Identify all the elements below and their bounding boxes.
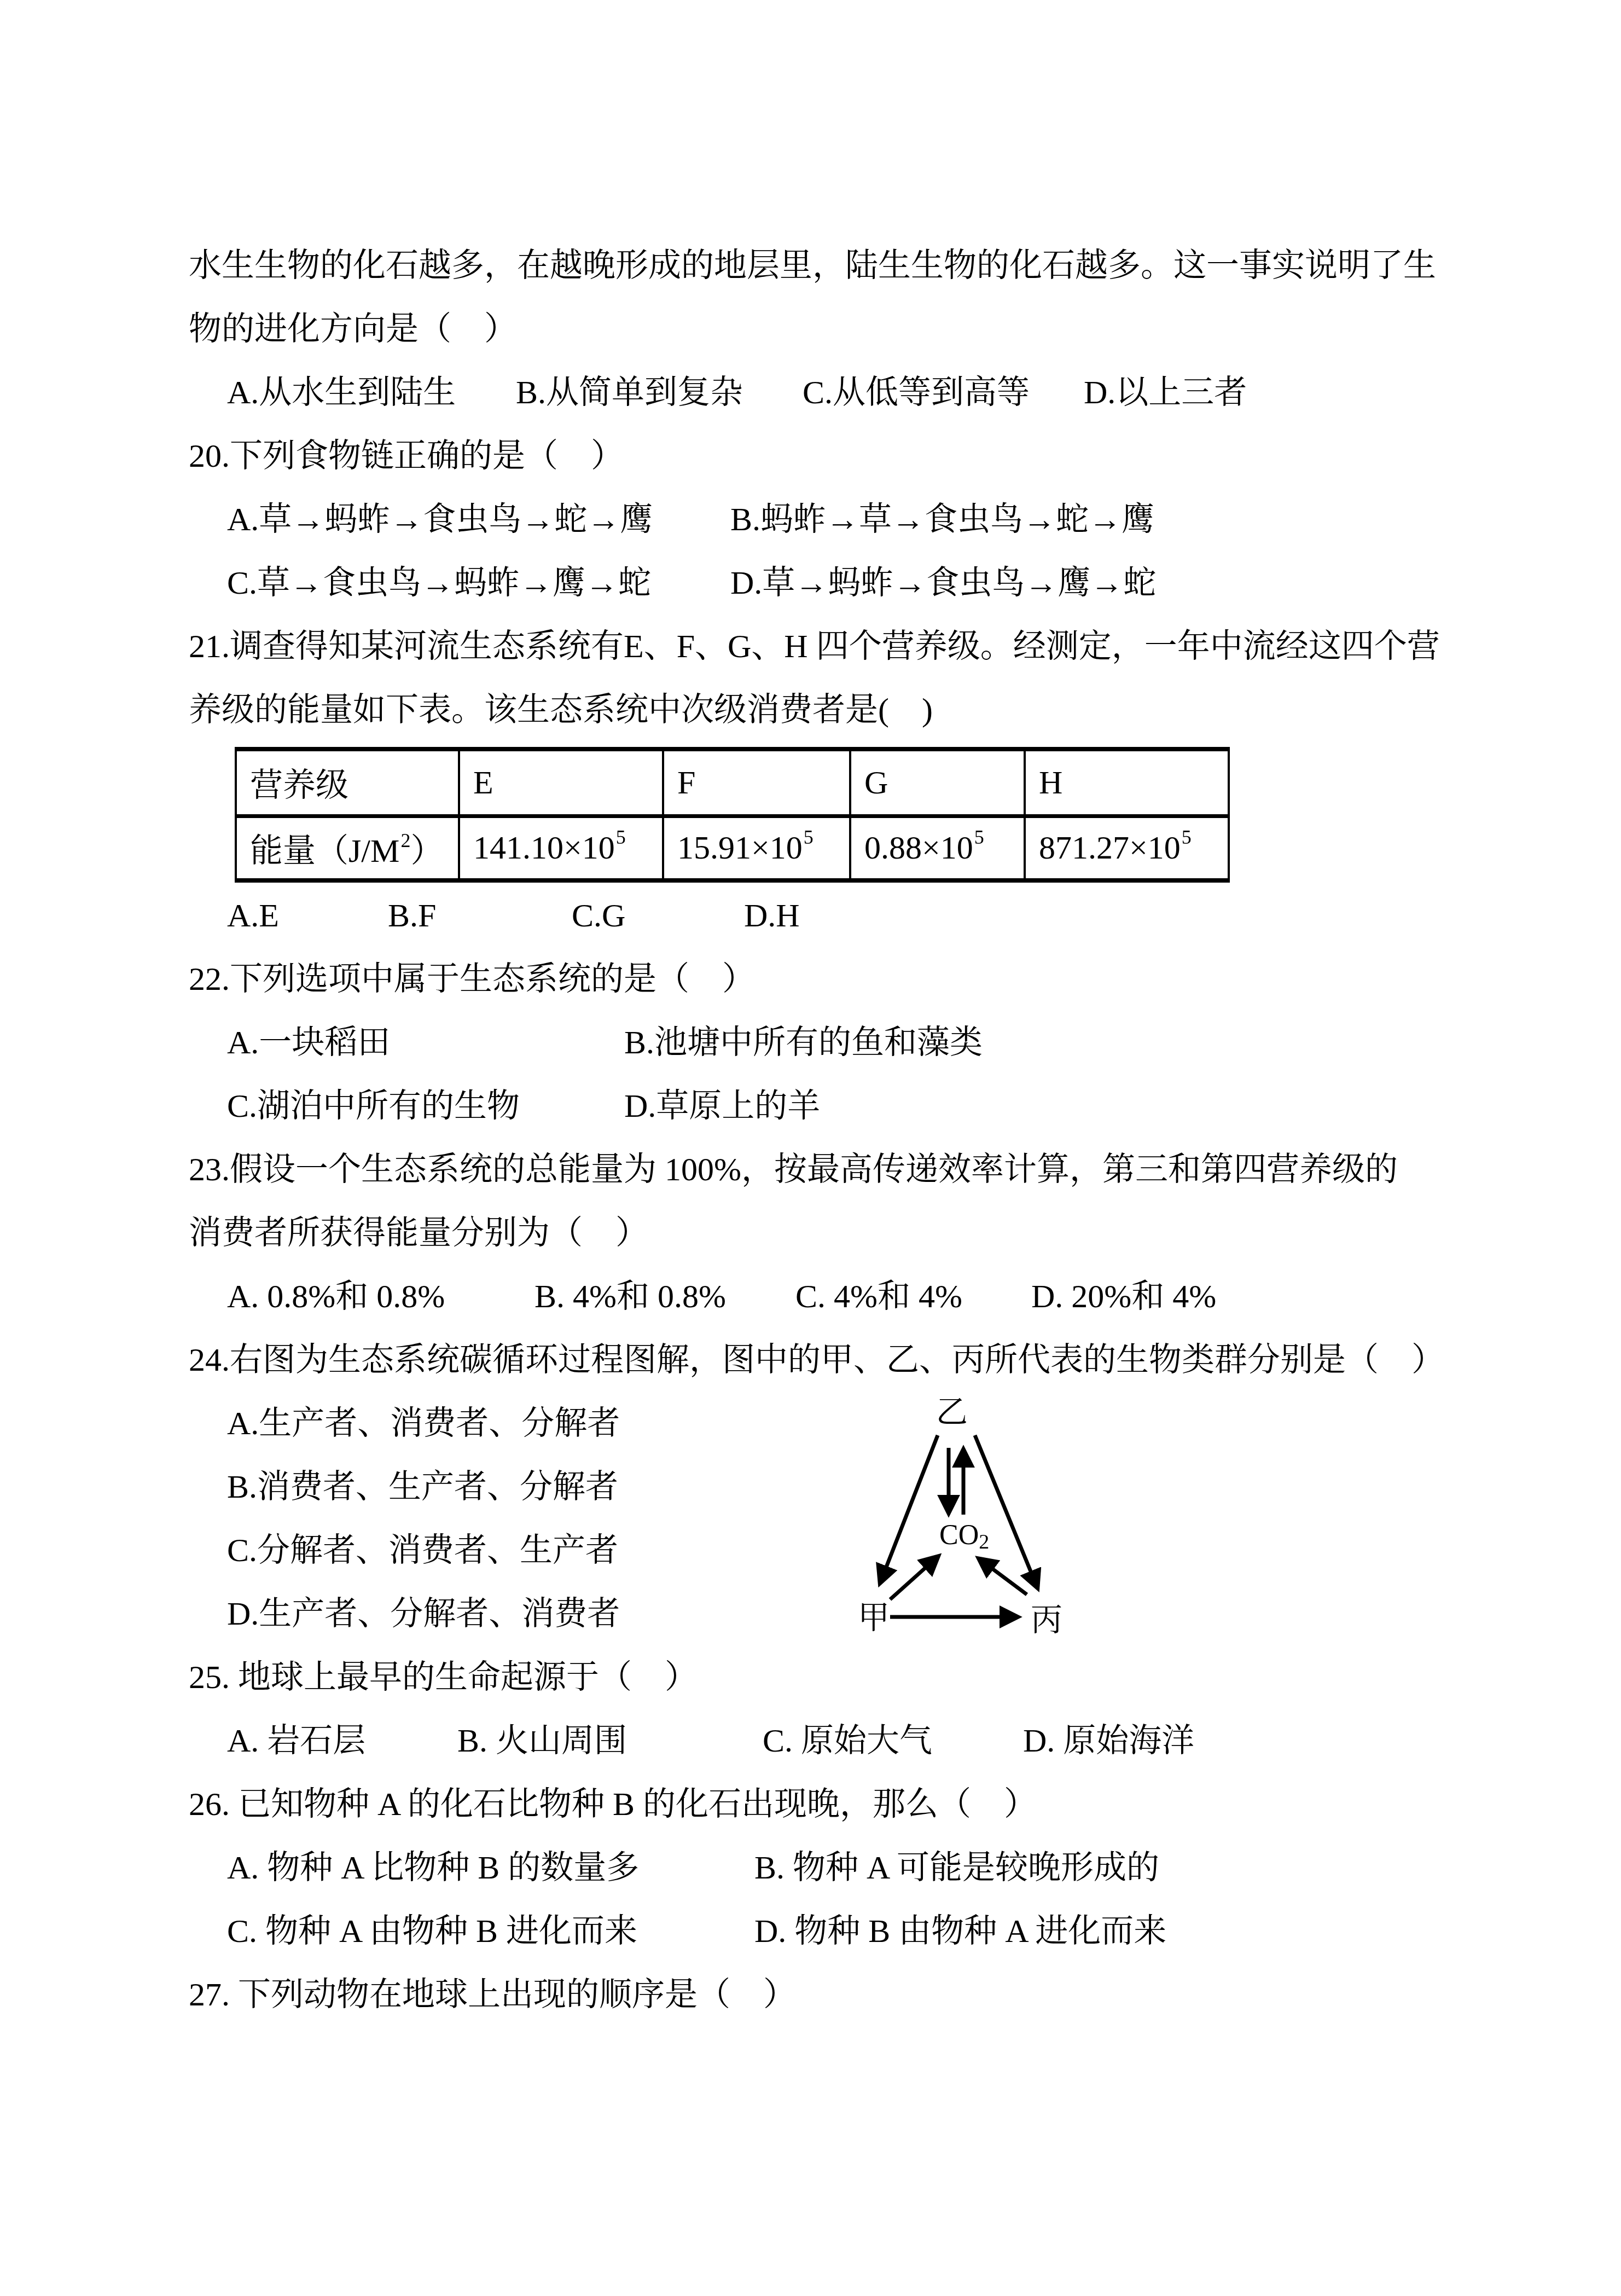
energy-label-superscript: 2 (400, 830, 410, 851)
table-cell-H: H (1025, 749, 1229, 816)
q23-option-c: C. 4%和 4% (795, 1265, 1031, 1328)
q19-stem-line-1: 水生生物的化石越多，在越晚形成的地层里，陆生生物的化石越多。这一事实说明了生 (189, 234, 1599, 297)
q19-option-a: A.从水生到陆生 (227, 361, 516, 424)
q23-stem-line-2: 消费者所获得能量分别为（ ） (189, 1201, 1599, 1265)
energy-table-wrapper: 营养级 E F G H 能量（J/M2） 141.10×105 15.91×10… (189, 747, 1599, 884)
q26-option-d: D. 物种 B 由物种 A 进化而来 (754, 1899, 1599, 1963)
q20-option-c: C.草→食虫鸟→蚂蚱→鹰→蛇 (227, 551, 730, 614)
exam-paper-page: 水生生物的化石越多，在越晚形成的地层里，陆生生物的化石越多。这一事实说明了生 物… (0, 0, 1621, 2296)
q21-stem-line-1: 21.调查得知某河流生态系统有E、F、G、H 四个营养级。经测定，一年中流经这四… (189, 614, 1599, 678)
figure-label-yi: 乙 (936, 1394, 968, 1430)
carbon-cycle-diagram: 乙 甲 丙 CO2 (823, 1383, 1113, 1651)
q19-option-c: C.从低等到高等 (803, 361, 1084, 424)
arrow-bing-to-co2 (979, 1559, 1027, 1595)
q26-option-a: A. 物种 A 比物种 B 的数量多 (227, 1836, 754, 1899)
q20-option-a: A.草→蚂蚱→食虫鸟→蛇→鹰 (227, 488, 730, 551)
q26-option-c: C. 物种 A 由物种 B 进化而来 (227, 1899, 754, 1963)
q21-option-c: C.G (572, 884, 744, 947)
arrow-jia-to-co2 (890, 1557, 938, 1599)
table-cell-energy-G: 0.88×105 (850, 816, 1025, 880)
q23-option-a: A. 0.8%和 0.8% (227, 1265, 534, 1328)
q26-options-row-2: C. 物种 A 由物种 B 进化而来 D. 物种 B 由物种 A 进化而来 (189, 1899, 1599, 1963)
exam-content: 水生生物的化石越多，在越晚形成的地层里，陆生生物的化石越多。这一事实说明了生 物… (189, 234, 1599, 2026)
q22-stem: 22.下列选项中属于生态系统的是（ ） (189, 947, 1599, 1011)
q21-option-d: D.H (744, 884, 1599, 947)
q21-option-b: B.F (388, 884, 572, 947)
table-cell-E: E (459, 749, 663, 816)
q25-option-a: A. 岩石层 (227, 1709, 457, 1772)
q27-stem: 27. 下列动物在地球上出现的顺序是（ ） (189, 1963, 1599, 2026)
table-cell-F: F (663, 749, 850, 816)
q22-options-row-2: C.湖泊中所有的生物 D.草原上的羊 (189, 1074, 1599, 1138)
q20-stem: 20.下列食物链正确的是（ ） (189, 424, 1599, 488)
q22-options-row-1: A.一块稻田 B.池塘中所有的鱼和藻类 (189, 1011, 1599, 1074)
q22-option-b: B.池塘中所有的鱼和藻类 (624, 1011, 1599, 1074)
q20-options-row-1: A.草→蚂蚱→食虫鸟→蛇→鹰 B.蚂蚱→草→食虫鸟→蛇→鹰 (189, 488, 1599, 551)
q19-stem-line-2: 物的进化方向是（ ） (189, 297, 1599, 361)
figure-label-bing: 丙 (1031, 1602, 1062, 1638)
q25-stem: 25. 地球上最早的生命起源于（ ） (189, 1645, 1599, 1709)
q25-option-c: C. 原始大气 (763, 1709, 1023, 1772)
q23-option-d: D. 20%和 4% (1031, 1265, 1599, 1328)
q21-options-row: A.E B.F C.G D.H (189, 884, 1599, 947)
q25-option-d: D. 原始海洋 (1023, 1709, 1599, 1772)
table-cell-energy-H: 871.27×105 (1025, 816, 1229, 880)
q20-option-b: B.蚂蚱→草→食虫鸟→蛇→鹰 (730, 488, 1599, 551)
q21-stem-line-2: 养级的能量如下表。该生态系统中次级消费者是( ) (189, 678, 1599, 741)
table-cell-energy-E: 141.10×105 (459, 816, 663, 880)
table-cell-trophic-level: 营养级 (236, 749, 459, 816)
arrow-yi-to-jia (880, 1435, 938, 1582)
q23-option-b: B. 4%和 0.8% (534, 1265, 795, 1328)
table-cell-energy-label: 能量（J/M2） (236, 816, 459, 880)
q22-option-a: A.一块稻田 (227, 1011, 624, 1074)
q25-options-row: A. 岩石层 B. 火山周围 C. 原始大气 D. 原始海洋 (189, 1709, 1599, 1772)
energy-label-text: 能量（J/M (250, 833, 399, 869)
table-cell-energy-F: 15.91×105 (663, 816, 850, 880)
energy-table-values-row: 能量（J/M2） 141.10×105 15.91×105 0.88×105 8… (236, 816, 1229, 880)
energy-table: 营养级 E F G H 能量（J/M2） 141.10×105 15.91×10… (235, 747, 1230, 883)
q24-stem: 24.右图为生态系统碳循环过程图解，图中的甲、乙、丙所代表的生物类群分别是（ ） (189, 1328, 1599, 1391)
q23-options-row: A. 0.8%和 0.8% B. 4%和 0.8% C. 4%和 4% D. 2… (189, 1265, 1599, 1328)
q22-option-c: C.湖泊中所有的生物 (227, 1074, 624, 1138)
energy-table-header-row: 营养级 E F G H (236, 749, 1229, 816)
figure-label-jia: 甲 (858, 1600, 890, 1636)
q23-stem-line-1: 23.假设一个生态系统的总能量为 100%，按最高传递效率计算，第三和第四营养级… (189, 1138, 1599, 1201)
q22-option-d: D.草原上的羊 (624, 1074, 1599, 1138)
q26-option-b: B. 物种 A 可能是较晚形成的 (754, 1836, 1599, 1899)
table-cell-G: G (850, 749, 1025, 816)
q26-stem: 26. 已知物种 A 的化石比物种 B 的化石出现晚，那么（ ） (189, 1772, 1599, 1836)
q19-options-row: A.从水生到陆生 B.从简单到复杂 C.从低等到高等 D.以上三者 (189, 361, 1599, 424)
figure-label-co2: CO2 (939, 1520, 989, 1553)
q25-option-b: B. 火山周围 (457, 1709, 763, 1772)
q26-options-row-1: A. 物种 A 比物种 B 的数量多 B. 物种 A 可能是较晚形成的 (189, 1836, 1599, 1899)
q19-option-b: B.从简单到复杂 (516, 361, 803, 424)
q19-option-d: D.以上三者 (1084, 361, 1599, 424)
energy-label-close-paren: ） (410, 833, 443, 869)
q21-option-a: A.E (227, 884, 388, 947)
q20-options-row-2: C.草→食虫鸟→蚂蚱→鹰→蛇 D.草→蚂蚱→食虫鸟→鹰→蛇 (189, 551, 1599, 614)
q20-option-d: D.草→蚂蚱→食虫鸟→鹰→蛇 (730, 551, 1599, 614)
